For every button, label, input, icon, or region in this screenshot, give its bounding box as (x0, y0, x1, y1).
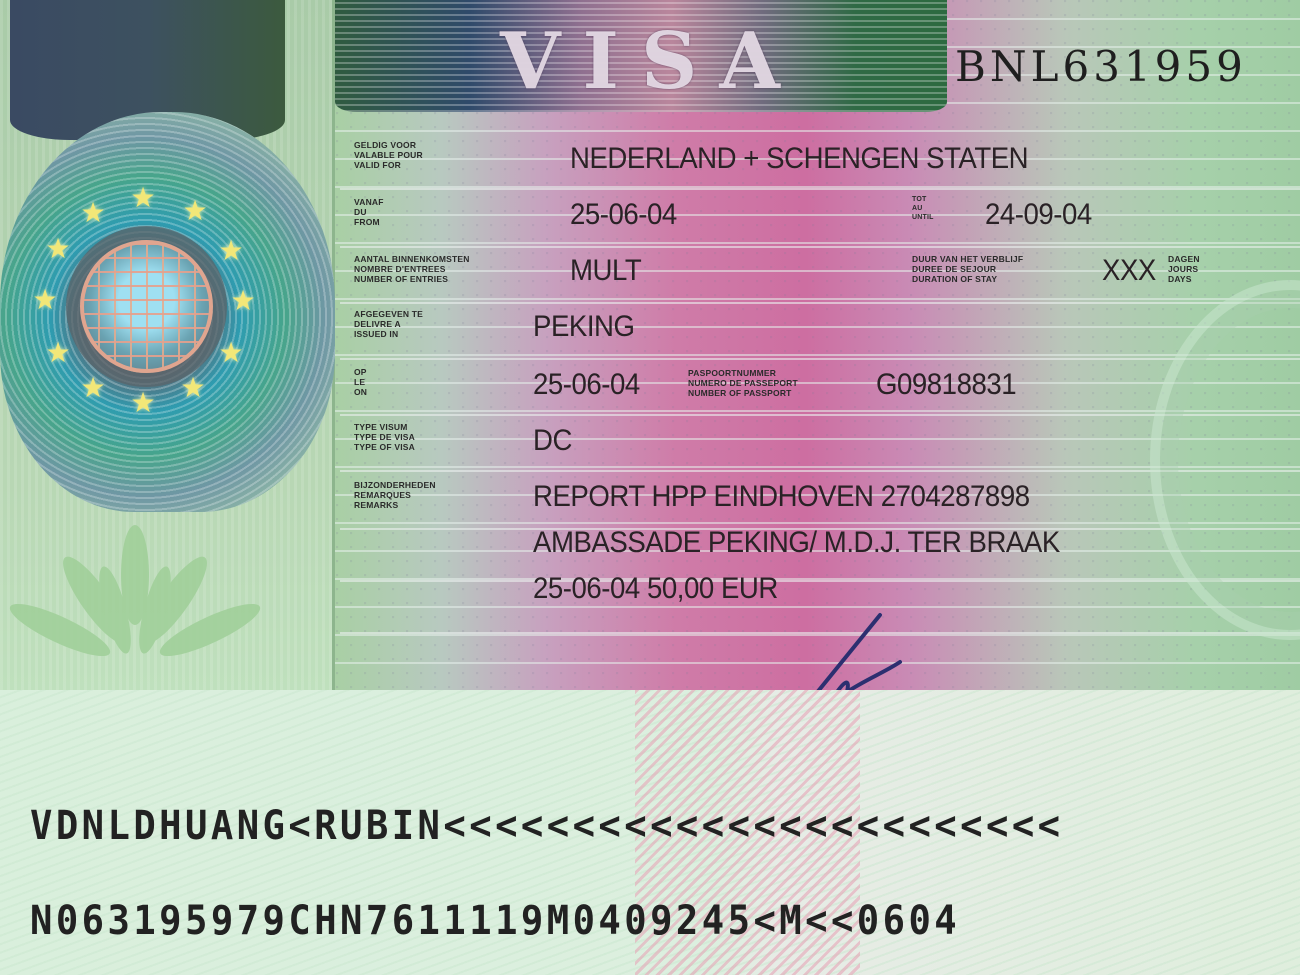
row-divider (340, 246, 1300, 248)
remarks-label: BIJZONDERHEDEN REMARQUES REMARKS (354, 480, 436, 510)
passport-number-label: PASPOORTNUMMER NUMERO DE PASSEPORT NUMBE… (688, 368, 798, 398)
star-icon: ★ (45, 236, 71, 262)
visa-type-value: DC (533, 424, 572, 458)
star-icon: ★ (130, 185, 156, 211)
star-icon: ★ (230, 288, 256, 314)
from-label: VANAF DU FROM (354, 197, 384, 227)
mrz-line-1: VDNLDHUANG<RUBIN<<<<<<<<<<<<<<<<<<<<<<<< (30, 803, 1063, 849)
visa-type-label: TYPE VISUM TYPE DE VISA TYPE OF VISA (354, 422, 415, 452)
from-value: 25-06-04 (570, 198, 677, 232)
duration-value: XXX (1102, 254, 1156, 288)
passport-number-value: G09818831 (876, 368, 1016, 402)
duration-label: DUUR VAN HET VERBLIJF DUREE DE SEJOUR DU… (912, 254, 1023, 284)
visa-number: BNL631959 (955, 42, 1247, 91)
entries-label: AANTAL BINNENKOMSTEN NOMBRE D'ENTREES NU… (354, 254, 470, 284)
duration-unit-label: DAGEN JOURS DAYS (1168, 254, 1200, 284)
star-icon: ★ (218, 238, 244, 264)
star-icon: ★ (80, 200, 106, 226)
issued-on-value: 25-06-04 (533, 368, 640, 402)
lotus-icon (0, 520, 332, 680)
issued-in-label: AFGEGEVEN TE DELIVRE A ISSUED IN (354, 309, 423, 339)
star-icon: ★ (182, 198, 208, 224)
valid-for-value: NEDERLAND + SCHENGEN STATEN (570, 142, 1028, 176)
star-icon: ★ (218, 340, 244, 366)
row-divider (340, 302, 1300, 304)
issued-on-label: OP LE ON (354, 367, 367, 397)
document-title: VISA (500, 22, 790, 102)
globe-icon (80, 240, 213, 373)
until-label: TOT AU UNTIL (912, 195, 934, 222)
entries-value: MULT (570, 254, 641, 288)
remarks-line: AMBASSADE PEKING/ M.D.J. TER BRAAK (533, 526, 1060, 560)
star-icon: ★ (80, 375, 106, 401)
star-icon: ★ (130, 390, 156, 416)
row-divider (340, 358, 1300, 360)
remarks-line: 25-06-04 50,00 EUR (533, 572, 778, 606)
star-icon: ★ (45, 340, 71, 366)
row-divider (340, 580, 1300, 582)
issued-in-value: PEKING (533, 310, 635, 344)
until-value: 24-09-04 (985, 198, 1092, 232)
valid-for-label: GELDIG VOOR VALABLE POUR VALID FOR (354, 140, 423, 170)
mrz-line-2: N063195979CHN7611119M0409245<M<<0604 (30, 898, 960, 944)
row-divider (340, 188, 1300, 190)
remarks-line: REPORT HPP EINDHOVEN 2704287898 (533, 480, 1030, 514)
star-icon: ★ (180, 375, 206, 401)
star-icon: ★ (32, 287, 58, 313)
